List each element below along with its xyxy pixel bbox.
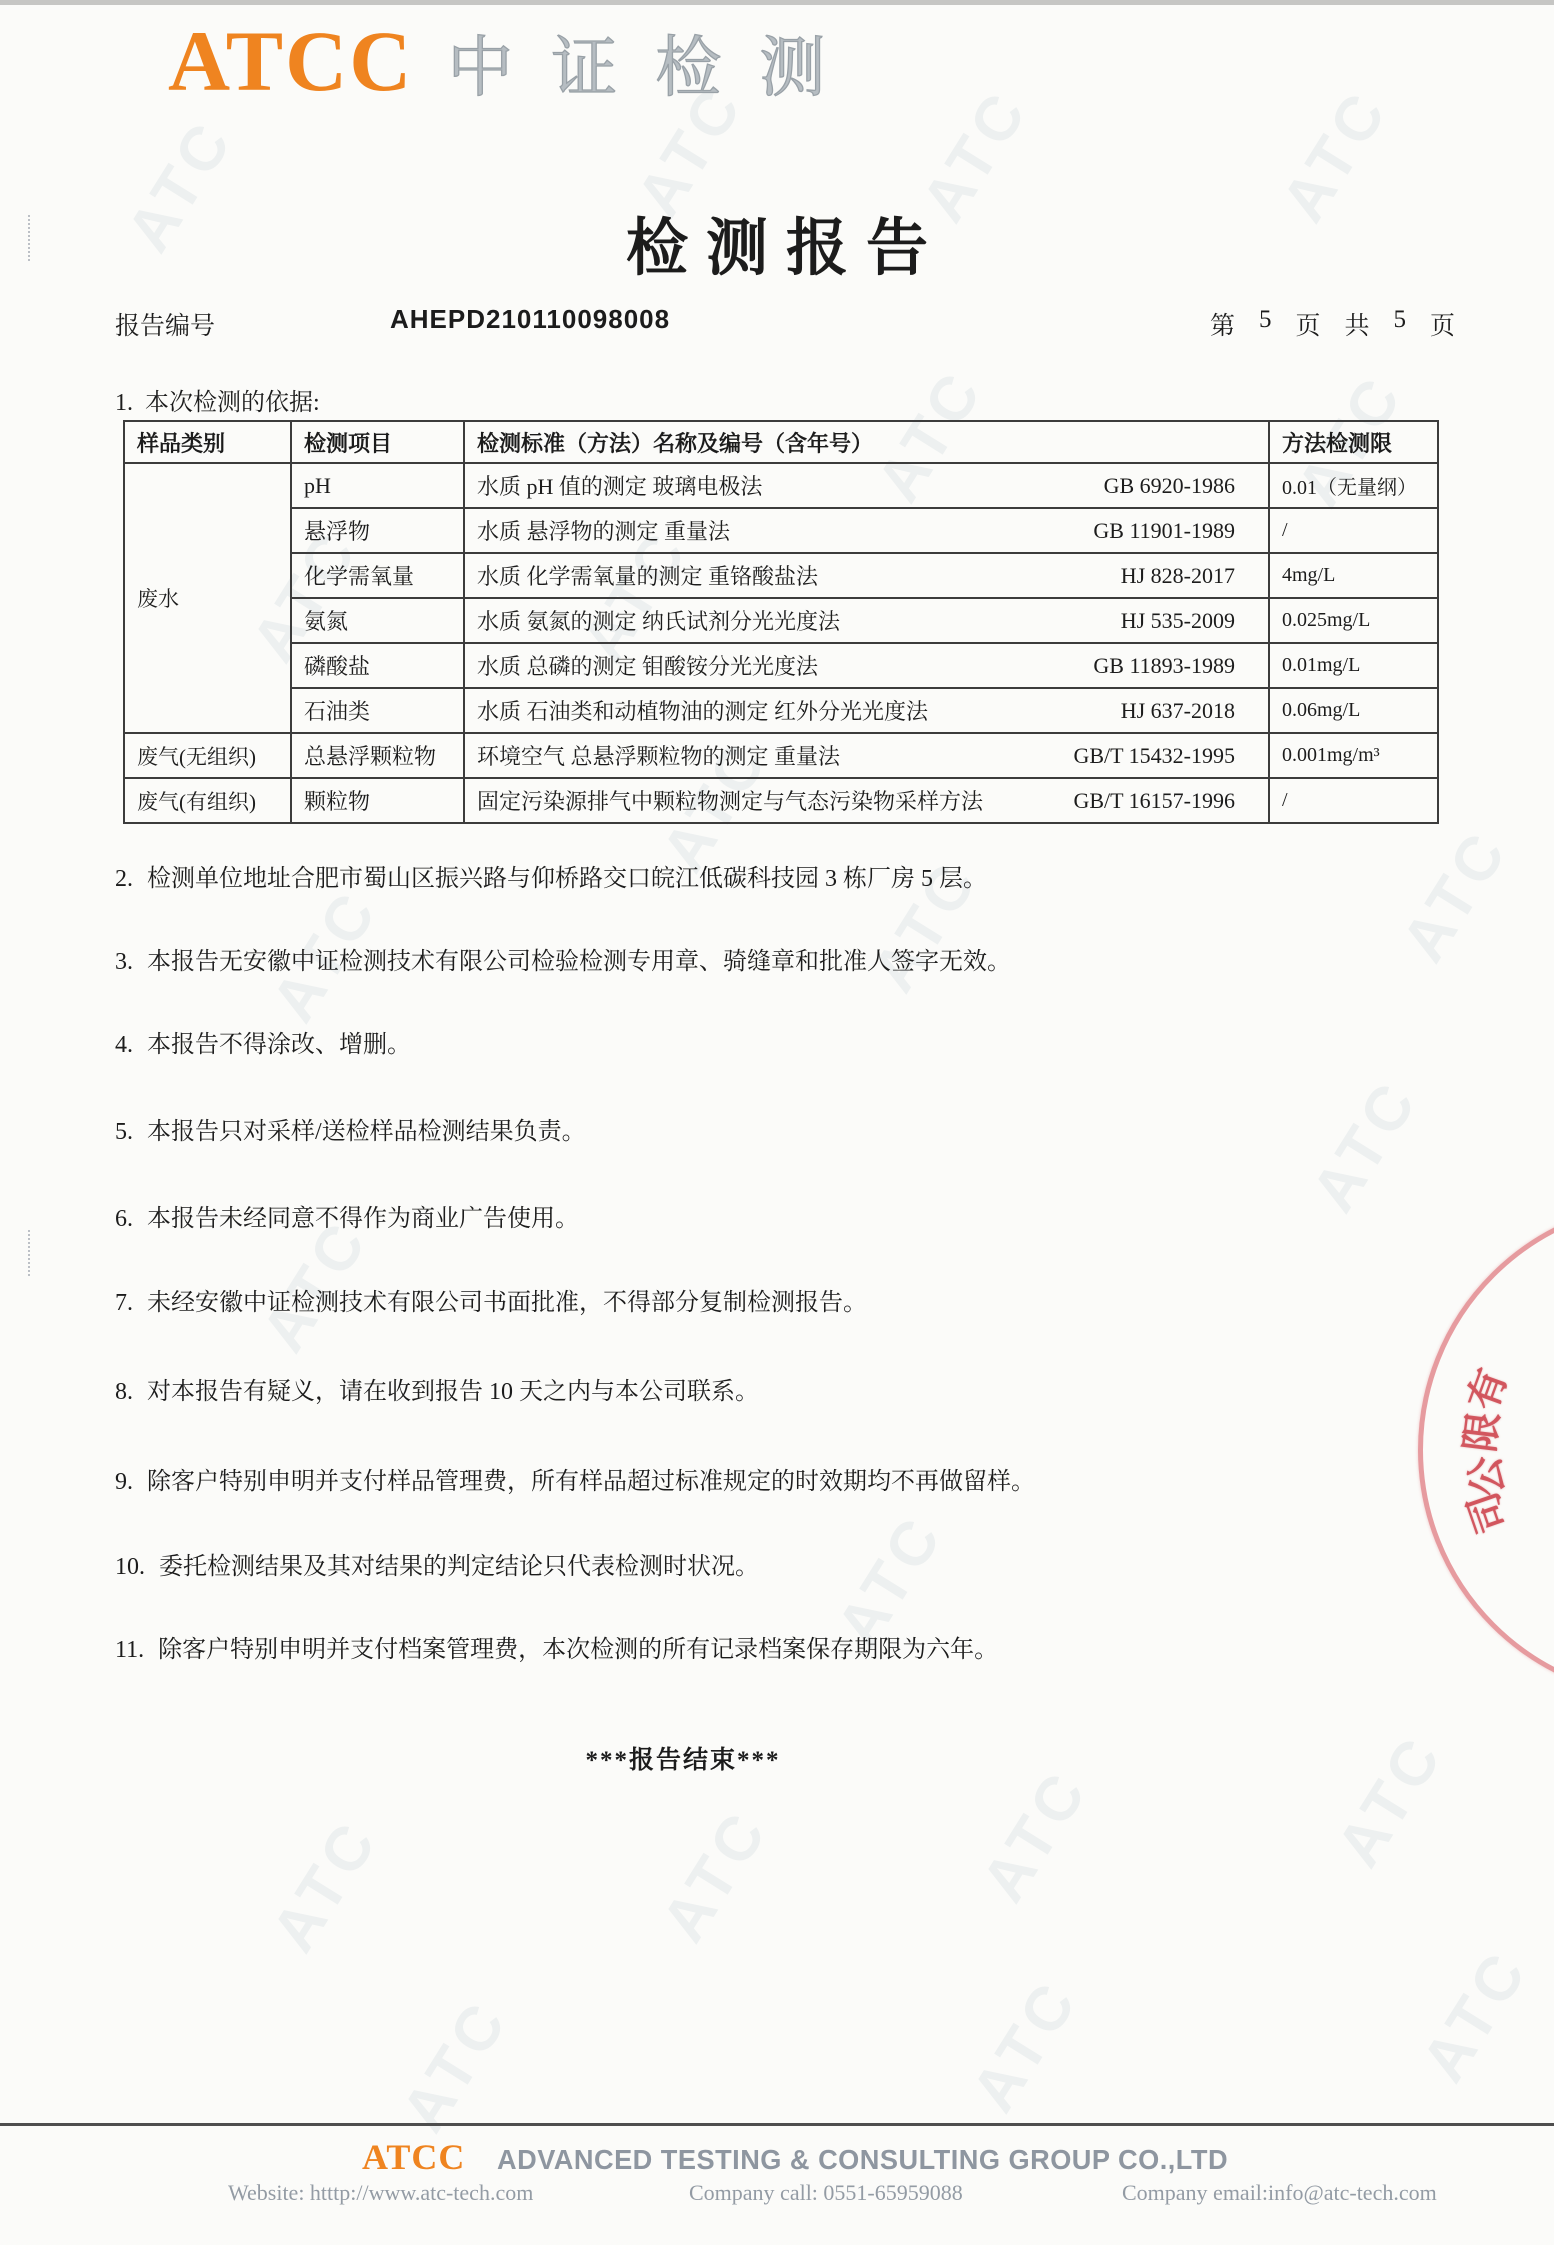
seal-char: 有 [1451, 1360, 1518, 1417]
scan-top-edge [0, 0, 1554, 5]
footer-email: Company email:info@atc-tech.com [1122, 2180, 1437, 2206]
table-row: 石油类 水质 石油类和动植物油的测定 红外分光光度法HJ 637-2018 0.… [124, 688, 1438, 733]
table-row: 化学需氧量 水质 化学需氧量的测定 重铬酸盐法HJ 828-2017 4mg/L [124, 553, 1438, 598]
seal-char: 司 [1452, 1485, 1519, 1541]
cell-category: 废气(无组织) [124, 733, 291, 778]
page-title: 检测报告 [0, 198, 1554, 287]
note-text: 本报告未经同意不得作为商业广告使用。 [147, 1206, 579, 1232]
note-item: 2.检测单位地址合肥市蜀山区振兴路与仰桥路交口皖江低碳科技园 3 栋厂房 5 层… [115, 858, 987, 893]
cell-method: 水质 化学需氧量的测定 重铬酸盐法HJ 828-2017 [464, 553, 1269, 598]
seal-char: 限 [1448, 1408, 1509, 1455]
cell-item: 悬浮物 [291, 508, 464, 553]
cell-method: 水质 氨氮的测定 纳氏试剂分光光度法HJ 535-2009 [464, 598, 1269, 643]
table-row: 废气(有组织) 颗粒物 固定污染源排气中颗粒物测定与气态污染物采样方法GB/T … [124, 778, 1438, 823]
note-item: 4.本报告不得涂改、增删。 [115, 1024, 411, 1059]
section-1-heading: 1.本次检测的依据: [115, 382, 320, 417]
note-item: 11.除客户特别申明并支付档案管理费，本次检测的所有记录档案保存期限为六年。 [115, 1629, 998, 1664]
note-text: 本报告无安徽中证检测技术有限公司检验检测专用章、骑缝章和批准人签字无效。 [147, 949, 1011, 975]
table-row: 废气(无组织) 总悬浮颗粒物 环境空气 总悬浮颗粒物的测定 重量法GB/T 15… [124, 733, 1438, 778]
note-text: 未经安徽中证检测技术有限公司书面批准，不得部分复制检测报告。 [147, 1290, 867, 1316]
cell-method: 水质 pH 值的测定 玻璃电极法GB 6920-1986 [464, 463, 1269, 508]
note-item: 8.对本报告有疑义，请在收到报告 10 天之内与本公司联系。 [115, 1371, 759, 1406]
cell-method: 水质 总磷的测定 钼酸铵分光光度法GB 11893-1989 [464, 643, 1269, 688]
note-number: 1. [115, 390, 133, 416]
report-end-marker: ***报告结束*** [0, 1740, 1366, 1776]
note-item: 6.本报告未经同意不得作为商业广告使用。 [115, 1198, 579, 1233]
cell-limit: 0.001mg/m³ [1269, 733, 1438, 778]
cell-item: 颗粒物 [291, 778, 464, 823]
note-text: 除客户特别申明并支付档案管理费，本次检测的所有记录档案保存期限为六年。 [158, 1637, 998, 1663]
method-name: 水质 化学需氧量的测定 重铬酸盐法 [477, 560, 1030, 591]
note-text: 本次检测的依据: [145, 390, 320, 416]
cell-method: 水质 石油类和动植物油的测定 红外分光光度法HJ 637-2018 [464, 688, 1269, 733]
standard-code: GB/T 16157-1996 [1030, 788, 1235, 814]
note-item: 3.本报告无安徽中证检测技术有限公司检验检测专用章、骑缝章和批准人签字无效。 [115, 941, 1011, 976]
page-current: 5 [1259, 306, 1272, 342]
report-page: ATC ATC ATC ATC ATC ATC ATC ATC ATC ATC … [0, 0, 1554, 2245]
logo-chinese-text: 中证检测 [447, 34, 863, 100]
page-word: 共 [1344, 306, 1369, 342]
table-row: 废水 pH 水质 pH 值的测定 玻璃电极法GB 6920-1986 0.01（… [124, 463, 1438, 508]
note-number: 3. [115, 949, 133, 976]
standard-code: GB 11901-1989 [1030, 518, 1235, 544]
cell-category: 废水 [124, 463, 291, 733]
watermark-text: ATC [968, 1757, 1103, 1914]
note-text: 除客户特别申明并支付样品管理费，所有样品超过标准规定的时效期均不再做留样。 [147, 1469, 1035, 1495]
method-name: 水质 总磷的测定 钼酸铵分光光度法 [477, 650, 1030, 681]
cell-method: 固定污染源排气中颗粒物测定与气态污染物采样方法GB/T 16157-1996 [464, 778, 1269, 823]
cell-limit: 4mg/L [1269, 553, 1438, 598]
method-name: 水质 pH 值的测定 玻璃电极法 [477, 470, 1030, 501]
standard-code: HJ 637-2018 [1030, 698, 1235, 724]
note-number: 11. [115, 1637, 144, 1664]
note-item: 10.委托检测结果及其对结果的判定结论只代表检测时状况。 [115, 1546, 759, 1581]
watermark-text: ATC [648, 1797, 783, 1954]
page-word: 页 [1430, 306, 1455, 342]
note-number: 10. [115, 1554, 145, 1581]
method-name: 水质 氨氮的测定 纳氏试剂分光光度法 [477, 605, 1030, 636]
page-indicator: 第 5 页 共 5 页 [1210, 306, 1455, 342]
note-number: 4. [115, 1032, 133, 1059]
cell-item: 磷酸盐 [291, 643, 464, 688]
method-name: 水质 悬浮物的测定 重量法 [477, 515, 1030, 546]
page-word: 第 [1210, 306, 1235, 342]
col-header-sample-type: 样品类别 [124, 421, 291, 463]
cell-item: 化学需氧量 [291, 553, 464, 598]
cell-method: 环境空气 总悬浮颗粒物的测定 重量法GB/T 15432-1995 [464, 733, 1269, 778]
table-row: 悬浮物 水质 悬浮物的测定 重量法GB 11901-1989 / [124, 508, 1438, 553]
note-text: 本报告不得涂改、增删。 [147, 1032, 411, 1058]
cell-item: 总悬浮颗粒物 [291, 733, 464, 778]
watermark-text: ATC [958, 1967, 1093, 2124]
page-total: 5 [1393, 306, 1406, 342]
seal-circle [1418, 1200, 1554, 1700]
cell-item: 氨氮 [291, 598, 464, 643]
watermark-text: ATC [258, 1807, 393, 1964]
note-number: 9. [115, 1469, 133, 1496]
cell-limit: 0.025mg/L [1269, 598, 1438, 643]
watermark-text: ATC [1408, 1937, 1543, 2094]
standard-code: HJ 535-2009 [1030, 608, 1235, 634]
report-number-value: AHEPD210110098008 [390, 304, 670, 335]
company-logo: ATCC 中证检测 [168, 18, 863, 104]
logo-atcc-text: ATCC [168, 18, 413, 104]
cell-item: pH [291, 463, 464, 508]
scan-edge-mark [28, 1230, 37, 1276]
cell-limit: / [1269, 508, 1438, 553]
cell-item: 石油类 [291, 688, 464, 733]
watermark-text: ATC [1388, 817, 1523, 974]
method-name: 固定污染源排气中颗粒物测定与气态污染物采样方法 [477, 785, 1030, 816]
page-word: 页 [1295, 306, 1320, 342]
note-number: 6. [115, 1206, 133, 1233]
method-name: 环境空气 总悬浮颗粒物的测定 重量法 [477, 740, 1030, 771]
col-header-detection-limit: 方法检测限 [1269, 421, 1438, 463]
standard-code: GB/T 15432-1995 [1030, 743, 1235, 769]
standard-code: HJ 828-2017 [1030, 563, 1235, 589]
note-text: 本报告只对采样/送检样品检测结果负责。 [147, 1119, 586, 1145]
watermark-text: ATC [388, 1987, 523, 2144]
footer-company-name: ADVANCED TESTING & CONSULTING GROUP CO.,… [497, 2144, 1228, 2176]
cell-method: 水质 悬浮物的测定 重量法GB 11901-1989 [464, 508, 1269, 553]
cell-limit: 0.06mg/L [1269, 688, 1438, 733]
note-number: 8. [115, 1379, 133, 1406]
cell-category: 废气(有组织) [124, 778, 291, 823]
company-seal: 有 限 公 司 [1403, 1193, 1554, 1683]
footer-divider [0, 2123, 1554, 2126]
standard-code: GB 11893-1989 [1030, 653, 1235, 679]
note-number: 7. [115, 1290, 133, 1317]
report-number-label: 报告编号 [115, 306, 215, 342]
note-text: 检测单位地址合肥市蜀山区振兴路与仰桥路交口皖江低碳科技园 3 栋厂房 5 层。 [147, 866, 987, 892]
note-item: 9.除客户特别申明并支付样品管理费，所有样品超过标准规定的时效期均不再做留样。 [115, 1461, 1035, 1496]
note-item: 5.本报告只对采样/送检样品检测结果负责。 [115, 1111, 586, 1146]
note-number: 2. [115, 866, 133, 893]
table-header-row: 样品类别 检测项目 检测标准（方法）名称及编号（含年号） 方法检测限 [124, 421, 1438, 463]
cell-limit: 0.01mg/L [1269, 643, 1438, 688]
col-header-test-item: 检测项目 [291, 421, 464, 463]
note-text: 委托检测结果及其对结果的判定结论只代表检测时状况。 [159, 1554, 759, 1580]
standards-table: 样品类别 检测项目 检测标准（方法）名称及编号（含年号） 方法检测限 废水 pH… [123, 420, 1439, 824]
footer-website: Website: htttp://www.atc-tech.com [228, 2180, 533, 2206]
footer-phone: Company call: 0551-65959088 [689, 2180, 963, 2206]
footer-logo-atcc: ATCC [362, 2136, 465, 2178]
method-name: 水质 石油类和动植物油的测定 红外分光光度法 [477, 695, 1030, 726]
table-row: 氨氮 水质 氨氮的测定 纳氏试剂分光光度法HJ 535-2009 0.025mg… [124, 598, 1438, 643]
cell-limit: / [1269, 778, 1438, 823]
note-text: 对本报告有疑义，请在收到报告 10 天之内与本公司联系。 [147, 1379, 759, 1405]
table-row: 磷酸盐 水质 总磷的测定 钼酸铵分光光度法GB 11893-1989 0.01m… [124, 643, 1438, 688]
standard-code: GB 6920-1986 [1030, 473, 1235, 499]
watermark-text: ATC [1298, 1067, 1433, 1224]
seal-char: 公 [1453, 1453, 1514, 1500]
note-number: 5. [115, 1119, 133, 1146]
col-header-standard: 检测标准（方法）名称及编号（含年号） [464, 421, 1269, 463]
cell-limit: 0.01（无量纲） [1269, 463, 1438, 508]
note-item: 7.未经安徽中证检测技术有限公司书面批准，不得部分复制检测报告。 [115, 1282, 867, 1317]
